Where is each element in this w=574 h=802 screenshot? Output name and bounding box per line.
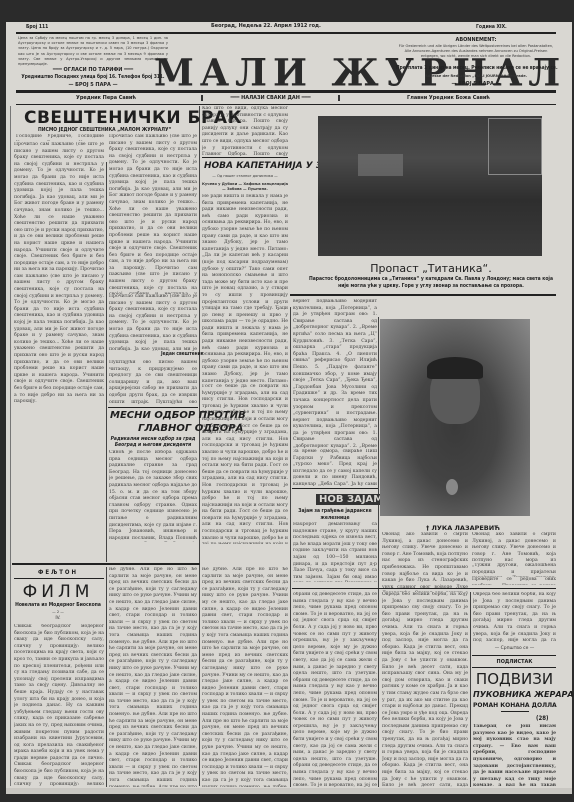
section-rule: [12, 563, 200, 565]
section-rule: [472, 655, 556, 656]
left-margin-rule: [10, 106, 11, 786]
article-continuation: Пуштајући ово писмо вашем читаоцу, к при…: [109, 360, 197, 405]
article-subtitle: Радикални месни одбор за град Београд и …: [109, 436, 197, 448]
page-bottom-margin: [6, 788, 572, 794]
signoff: — Српштво се —: [473, 646, 556, 651]
article-byline: — Од нашег сталног дописника —: [202, 174, 288, 179]
podlistak-author: РОМАН КОНАНА ДОЛЛА: [473, 702, 556, 709]
dateline: Београд, Недеља 22. Април 1912 год.: [211, 23, 321, 29]
podlistak-subtitle: ПУКОВНИКА ЖЕРАРА: [473, 690, 556, 699]
article-title-nov-zajam: НОВ ЗАЈАМ: [316, 494, 386, 505]
center-banner: ═══ НАЛАЗИ СВАКИ ДАН ═══: [201, 95, 340, 101]
masthead-rule: [16, 90, 556, 93]
article-continuation: Гост се беше да се поврати на ћумурџије …: [202, 384, 288, 544]
office-info: Уредништво Посадних улица број 16. Телеф…: [18, 75, 168, 80]
signature: Један свештеник: [161, 352, 204, 357]
feuilleton-ornament: — 2 —: [12, 610, 104, 615]
article-continuation: Као што се види, одлука месног одбора је…: [202, 106, 288, 156]
column-rule: [290, 307, 291, 787]
column-rule: [378, 317, 379, 787]
titanic-memorial-photo: [318, 116, 542, 256]
salutation: Господине Уредниче, Господине Уредниче, …: [16, 134, 104, 141]
section-rule: [472, 667, 556, 668]
section-rule: [292, 588, 556, 589]
section-rule: [290, 294, 556, 296]
ornament-rule: [501, 711, 529, 712]
center-banner-text: НАЛАЗИ СВАКИ ДАН: [241, 95, 300, 101]
editor-left: Уредник Пера Савић: [16, 95, 196, 101]
section-rule: [14, 578, 104, 579]
article-body: Не ради ништа и лежала у нама је била пр…: [202, 194, 288, 384]
section-rule: [202, 157, 288, 158]
article-body: Синоћ је после избора одржана прва седни…: [109, 450, 197, 542]
podlistak-title: ПОДВИЗИ: [473, 670, 556, 688]
editors-rule: [16, 104, 556, 105]
program-body: вернет подвањљиво модернит кувателима, к…: [293, 299, 377, 449]
article-dateline: Кучево у Дубоки — Хафиња канцеларија — З…: [202, 182, 288, 192]
feuilleton-body: Свикак београдског модерног биоскопа је …: [14, 624, 104, 786]
photo-caption-text: Парастос бродоломницима са „Титаника“ у …: [306, 276, 556, 290]
feuilleton-col3: ње дубне. Али пре но што ће сарлити за м…: [202, 567, 288, 787]
column-rule: [106, 162, 107, 562]
abonnement-title: ABONNEMENT:: [396, 37, 556, 43]
editor-right: Главни Уредник Божа Савић: [341, 95, 556, 101]
article-body-col2: Прочитао сам пажљиво (све што је писано …: [109, 134, 197, 294]
article-subtitle: ПИСМО ЈЕДНОГ СВЕШТЕНИКА „МАЛОМ ЖУРНАЛУ“: [38, 127, 171, 133]
column-rule: [106, 567, 107, 787]
column-rule: [199, 106, 200, 786]
article-subtitle: Зајам за грађење јадранске железнице: [293, 508, 377, 521]
feuilleton-title: ФИЛМ: [12, 582, 104, 602]
portrait-medal: [446, 479, 458, 495]
article-body: Прочитао сам пажљиво (све што је писано …: [14, 142, 104, 562]
feuilleton-label: ФЕЉТОН: [12, 569, 104, 576]
feuilleton-subtitle: Новелата из Модерног Биоскопа: [12, 602, 104, 608]
article-text-col2: Овреда бео велики борби, на коју је Јова…: [473, 592, 556, 644]
article-body: Овонад ако завили о смрти Лукиној, а дан…: [382, 532, 468, 592]
feuilleton-middle: ње дубне. Али пре но што ће сарлити за м…: [109, 567, 197, 787]
photo-caption-title: Пропаст „Титаника“.: [306, 262, 556, 275]
price-right: — БРОЈ 5 ПАРА —: [396, 81, 556, 87]
article-body: Наupорот демантовању са надлежне стране,…: [293, 522, 377, 582]
article-quote: „Тужни другови, ожалошћена породица и пр…: [472, 563, 556, 577]
subscription-text: Цена за Србију на месец поштом на гр. ме…: [18, 36, 168, 66]
column-rule: [470, 592, 471, 787]
luka-lazarevic-portrait: [380, 319, 530, 516]
photo-inset-frame: [488, 118, 542, 175]
ads-label: ═══ ОГЛАСИ ПО ТАРИФИ ═══: [18, 67, 168, 73]
ads-label-text: ОГЛАСИ ПО ТАРИФИ: [64, 67, 123, 73]
section-rule: [108, 407, 198, 408]
issue-number: Број 111: [26, 24, 48, 30]
article-body-col2: Овонад ако завили о смрти Лукиној, а дан…: [472, 532, 556, 562]
price-left: — БРОЈ 5 ПАРА —: [18, 82, 168, 88]
podlistak-body: Тањерац се још нисам разумео као је виде…: [473, 724, 556, 786]
article-title-luka-lazarevic: † ЛУКА ЛАЗАРЕВИЋ: [426, 524, 500, 532]
photo-detail: [358, 154, 403, 176]
top-rule: [16, 32, 556, 34]
feuilleton-chapter: IV.: [12, 616, 104, 621]
program-continuation: За време одмора, свираће Пиш Гардски у Р…: [293, 449, 377, 487]
abonnement-text: Für Oesterreich und alle übrigen Länder …: [396, 44, 556, 64]
podlistak-episode: (28): [536, 715, 548, 722]
article-quote2: Проведите се редова ових храбрих ... Про…: [472, 577, 556, 585]
article-body-col2b: Прочитао сам пажљиво (све што је писано …: [109, 294, 197, 352]
volume: Година XIX.: [476, 24, 507, 30]
feuilleton-right: обрани од деведесете стиде, да се њима г…: [293, 592, 377, 787]
portrait-hair: [427, 357, 483, 379]
podlistak-label: ПОДЛИСТАК: [473, 659, 556, 665]
subscription-note: Претплата 1 динар на месец. Рукописи ник…: [396, 66, 556, 71]
article-text: Овреда бео велики борби, на коју је Јова…: [382, 592, 468, 787]
newspaper-page: Број 111 Београд, Недеља 22. Април 1912 …: [6, 22, 572, 794]
section-rule: [292, 488, 378, 489]
redaction-address: Adresse der Redaction „MALI JOURNAL“ Bel…: [396, 74, 556, 79]
